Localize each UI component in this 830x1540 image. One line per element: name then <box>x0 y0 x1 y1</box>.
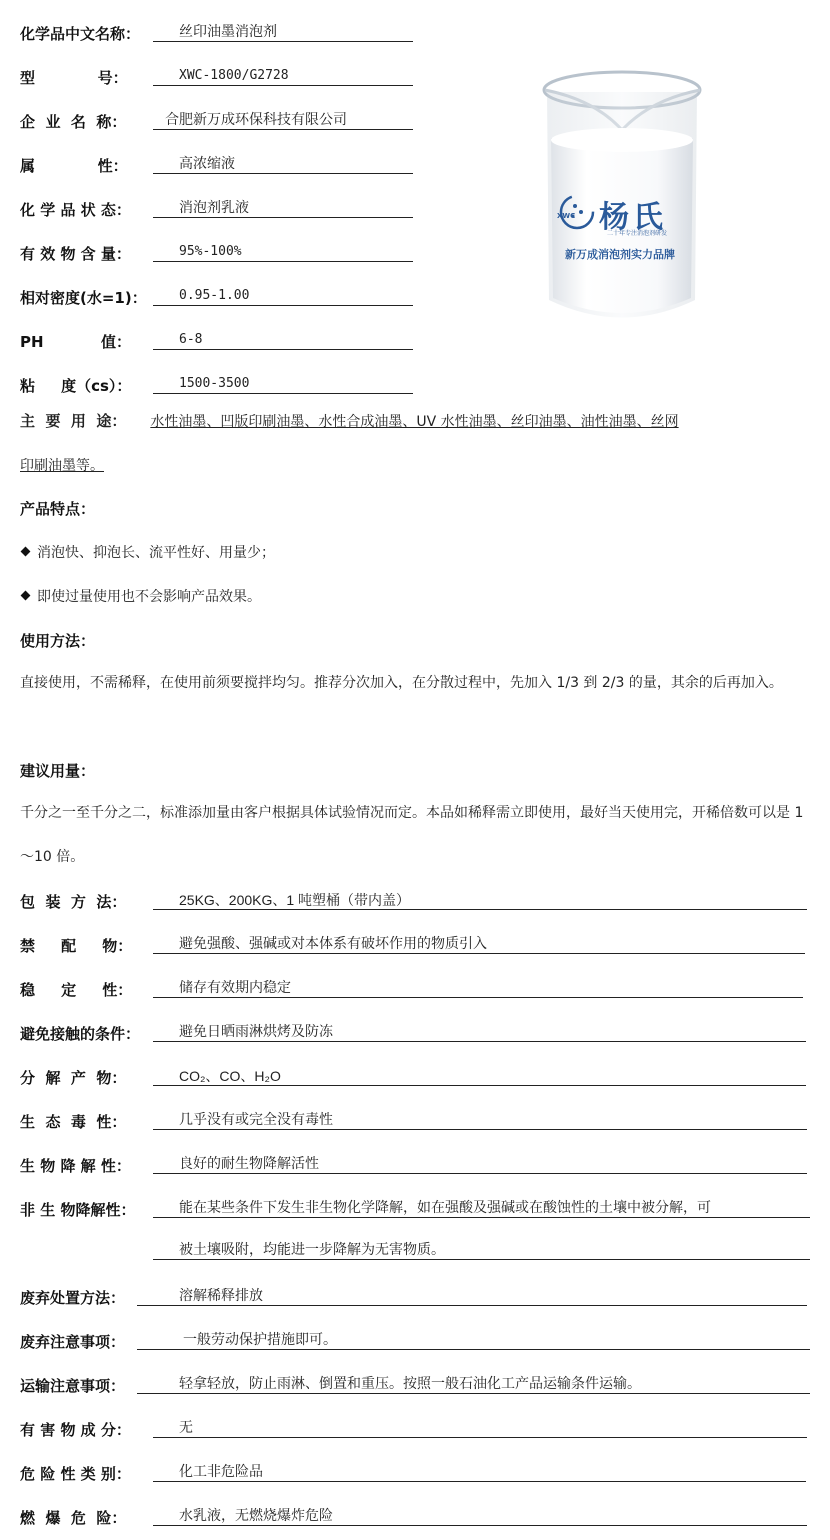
field-label: 废弃注意事项： <box>20 1332 125 1352</box>
field-value: 储存有效期内稳定 <box>153 978 803 998</box>
field-label: 运输注意事项： <box>20 1376 125 1396</box>
feature-text: 即使过量使用也不会影响产品效果。 <box>37 589 261 605</box>
field-label: 燃 爆 危 险： <box>20 1508 126 1528</box>
field-disposal-notes: 废弃注意事项： <box>20 1328 125 1352</box>
field-label: 企 业 名 称： <box>20 112 126 132</box>
field-label: 非 生 物降解性： <box>20 1200 135 1220</box>
field-chemical-name: 化学品中文名称： <box>20 20 140 44</box>
field-value: 6-8 <box>153 330 413 350</box>
field-label: 属 性： <box>20 156 128 176</box>
brand-subtagline: 二十年专注消泡剂研发 <box>607 228 667 237</box>
field-value-line2: 被土壤吸附，均能进一步降解为无害物质。 <box>153 1240 810 1260</box>
dosage-text: 千分之一至千分之二，标准添加量由客户根据具体试验情况而定。本品如稀释需立即使用，… <box>20 791 815 879</box>
field-value: CO₂、CO、H₂O <box>153 1066 806 1086</box>
field-value: 25KG、200KG、1 吨塑桶（带内盖） <box>153 890 807 910</box>
field-value: 95%-100% <box>153 242 413 262</box>
feature-text: 消泡快、抑泡长、流平性好、用量少； <box>37 545 275 561</box>
field-value: 一般劳动保护措施即可。 <box>137 1330 810 1350</box>
field-viscosity: 粘 度（cs）： <box>20 372 131 396</box>
field-model: 型 号： <box>20 64 128 88</box>
field-transport-notes: 运输注意事项： <box>20 1372 125 1396</box>
field-value: 1500-3500 <box>153 374 413 394</box>
features-heading: 产品特点： <box>20 498 95 519</box>
field-usage: 主 要 用 途：水性油墨、凹版印刷油墨、水性合成油墨、UV 水性油墨、丝印油墨、… <box>20 400 810 488</box>
field-incompatible: 禁 配 物： <box>20 932 132 956</box>
field-value: 合肥新万成环保科技有限公司 <box>153 110 413 130</box>
field-value: 溶解稀释排放 <box>137 1286 807 1306</box>
field-avoid-conditions: 避免接触的条件： <box>20 1020 140 1044</box>
feature-item: 消泡快、抑泡长、流平性好、用量少； <box>20 542 275 562</box>
field-company: 企 业 名 称： <box>20 108 126 132</box>
brand-tagline: 新万成消泡剂实力品牌 <box>565 246 675 262</box>
field-label: 分 解 产 物： <box>20 1068 126 1088</box>
field-label: 包 装 方 法： <box>20 892 126 912</box>
diamond-bullet-icon <box>21 591 31 601</box>
field-hazard-class: 危 险 性 类 别： <box>20 1460 131 1484</box>
field-value-line1: 能在某些条件下发生非生物化学降解，如在强酸及强碱或在酸蚀性的土壤中被分解，可 <box>153 1198 810 1218</box>
field-label: 危 险 性 类 别： <box>20 1464 131 1484</box>
usage-value-line1: 水性油墨、凹版印刷油墨、水性合成油墨、UV 水性油墨、丝印油墨、油性油墨、丝网 <box>126 414 678 430</box>
usage-value-line2: 印刷油墨等。 <box>20 458 104 474</box>
logo-text: XWC <box>557 212 575 220</box>
field-value: 消泡剂乳液 <box>153 198 413 218</box>
field-state: 化 学 品 状 态： <box>20 196 131 220</box>
feature-item: 即使过量使用也不会影响产品效果。 <box>20 586 261 606</box>
field-disposal-method: 废弃处置方法： <box>20 1284 125 1308</box>
field-fire-explosion-hazard: 燃 爆 危 险： <box>20 1504 126 1528</box>
method-heading: 使用方法： <box>20 630 95 651</box>
field-value: 化工非危险品 <box>153 1462 806 1482</box>
field-abiotic-degradation: 非 生 物降解性： <box>20 1196 135 1220</box>
field-value: XWC-1800/G2728 <box>153 66 413 86</box>
field-label: 粘 度（cs）： <box>20 376 131 396</box>
field-label: 稳 定 性： <box>20 980 132 1000</box>
field-label: 生 物 降 解 性： <box>20 1156 131 1176</box>
field-density: 相对密度(水=1)： <box>20 284 147 308</box>
field-label: 生 态 毒 性： <box>20 1112 126 1132</box>
field-label: 避免接触的条件： <box>20 1024 140 1044</box>
field-value: 几乎没有或完全没有毒性 <box>153 1110 807 1130</box>
field-label: 主 要 用 途： <box>20 411 126 431</box>
field-value: 良好的耐生物降解活性 <box>153 1154 807 1174</box>
field-label: 相对密度(水=1)： <box>20 288 147 308</box>
field-value: 0.95-1.00 <box>153 286 413 306</box>
field-value: 轻拿轻放，防止雨淋、倒置和重压。按照一般石油化工产品运输条件运输。 <box>137 1374 810 1394</box>
field-label: 有 效 物 含 量： <box>20 244 131 264</box>
field-hazardous-components: 有 害 物 成 分： <box>20 1416 131 1440</box>
field-eco-toxicity: 生 态 毒 性： <box>20 1108 126 1132</box>
field-stability: 稳 定 性： <box>20 976 132 1000</box>
field-ph: PH 值： <box>20 328 131 352</box>
field-value: 无 <box>153 1418 807 1438</box>
field-label: PH 值： <box>20 332 131 352</box>
field-label: 化 学 品 状 态： <box>20 200 131 220</box>
field-content: 有 效 物 含 量： <box>20 240 131 264</box>
field-value: 水乳液，无燃烧爆炸危险 <box>153 1506 807 1526</box>
method-text: 直接使用，不需稀释，在使用前须要搅拌均匀。推荐分次加入，在分散过程中，先加入 1… <box>20 661 815 705</box>
field-label: 化学品中文名称： <box>20 24 140 44</box>
field-value: 丝印油墨消泡剂 <box>153 22 413 42</box>
field-property: 属 性： <box>20 152 128 176</box>
field-label: 废弃处置方法： <box>20 1288 125 1308</box>
field-label: 禁 配 物： <box>20 936 132 956</box>
field-biodegradability: 生 物 降 解 性： <box>20 1152 131 1176</box>
field-packaging: 包 装 方 法： <box>20 888 126 912</box>
product-image: XWC 杨氏 二十年专注消泡剂研发 新万成消泡剂实力品牌 <box>535 60 710 335</box>
field-decomposition: 分 解 产 物： <box>20 1064 126 1088</box>
dosage-heading: 建议用量： <box>20 760 95 781</box>
diamond-bullet-icon <box>21 547 31 557</box>
field-value: 避免日晒雨淋烘烤及防冻 <box>153 1022 806 1042</box>
field-value: 避免强酸、强碱或对本体系有破坏作用的物质引入 <box>153 934 805 954</box>
field-value: 高浓缩液 <box>153 154 413 174</box>
field-label: 有 害 物 成 分： <box>20 1420 131 1440</box>
field-label: 型 号： <box>20 68 128 88</box>
